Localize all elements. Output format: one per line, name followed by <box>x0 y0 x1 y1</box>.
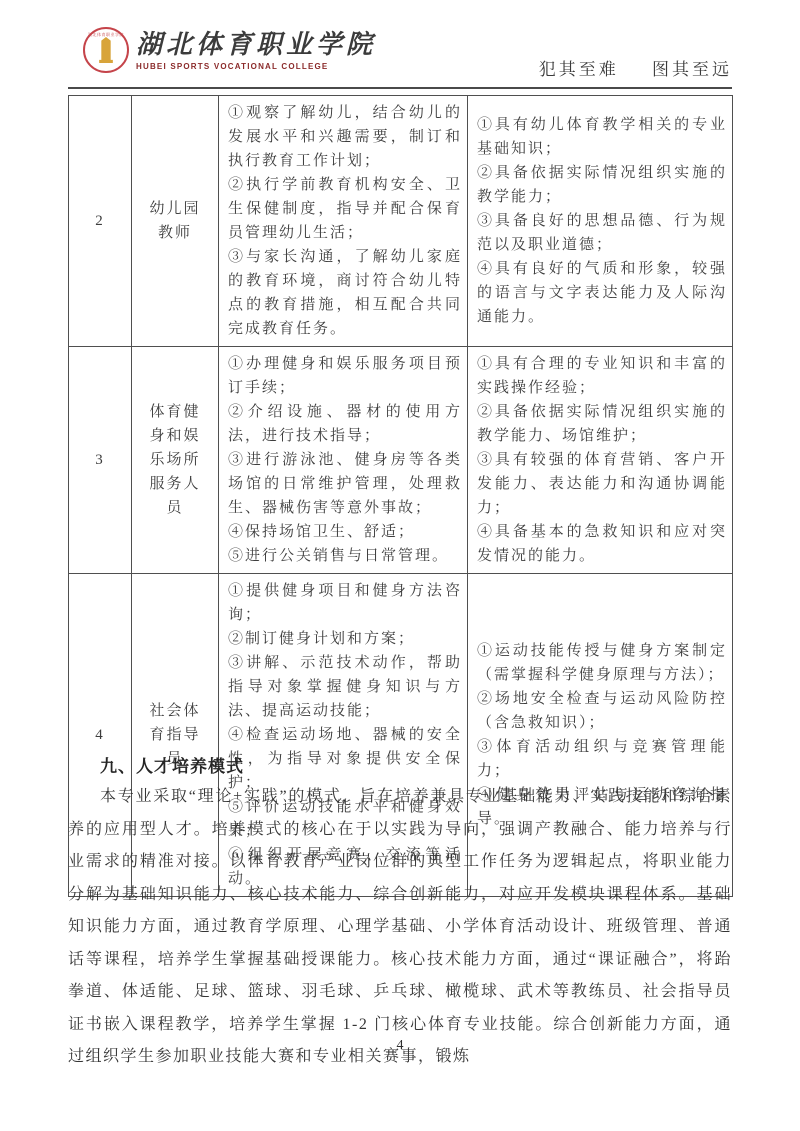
section-heading: 九、人才培养模式 <box>100 752 244 777</box>
task-item: ③讲解、示范技术动作，帮助指导对象掌握健身知识与方法、提高运动技能； <box>228 651 462 723</box>
ability-item: ①具有合理的专业知识和丰富的实践操作经验； <box>477 352 727 400</box>
ability-item: ①具有幼儿体育教学相关的专业基础知识； <box>477 113 727 161</box>
college-name-en: HUBEI SPORTS VOCATIONAL COLLEGE <box>136 62 396 71</box>
ability-item: ③具有较强的体育营销、客户开发能力、表达能力和沟通协调能力； <box>477 448 727 520</box>
task-item: ②制订健身计划和方案； <box>228 627 462 651</box>
task-item: ②执行学前教育机构安全、卫生保健制度，指导并配合保育员管理幼儿生活； <box>228 173 462 245</box>
body-paragraph: 本专业采取“理论+实践”的模式，旨在培养兼具专业基础能力、实践技能和综合素养的应… <box>68 781 732 1074</box>
ability-item: ②场地安全检查与运动风险防控（含急救知识）； <box>477 687 727 735</box>
header-divider <box>68 87 732 89</box>
task-item: ①提供健身项目和健身方法咨询； <box>228 579 462 627</box>
row-index: 2 <box>69 96 132 347</box>
college-motto: 犯其至难 图其至远 <box>539 55 732 80</box>
task-item: ①办理健身和娱乐服务项目预订手续； <box>228 352 462 400</box>
task-item: ⑤进行公关销售与日常管理。 <box>228 544 462 568</box>
table-row-kindergarten-teacher: 2 幼儿园教师 ①观察了解幼儿，结合幼儿的发展水平和兴趣需要，制订和执行教育工作… <box>69 96 733 347</box>
ability-item: ②具备依据实际情况组织实施的教学能力、场馆维护； <box>477 400 727 448</box>
row-role: 幼儿园教师 <box>132 96 219 347</box>
row-role: 体育健身和娱乐场所服务人员 <box>132 347 219 574</box>
row-tasks: ①观察了解幼儿，结合幼儿的发展水平和兴趣需要，制订和执行教育工作计划； ②执行学… <box>219 96 468 347</box>
ability-item: ④具备基本的急救知识和应对突发情况的能力。 <box>477 520 727 568</box>
task-item: ③进行游泳池、健身房等各类场馆的日常维护管理，处理救生、器械伤害等意外事故； <box>228 448 462 520</box>
row-tasks: ①办理健身和娱乐服务项目预订手续； ②介绍设施、器材的使用方法，进行技术指导； … <box>219 347 468 574</box>
motto-left: 犯其至难 <box>539 60 619 79</box>
task-item: ④保持场馆卫生、舒适； <box>228 520 462 544</box>
ability-item: ③体育活动组织与竞赛管理能力； <box>477 735 727 783</box>
table-row-fitness-venue-staff: 3 体育健身和娱乐场所服务人员 ①办理健身和娱乐服务项目预订手续； ②介绍设施、… <box>69 347 733 574</box>
motto-right: 图其至远 <box>652 60 732 79</box>
task-item: ③与家长沟通，了解幼儿家庭的教育环境，商讨符合幼儿特点的教育措施，相互配合共同完… <box>228 245 462 341</box>
task-item: ①观察了解幼儿，结合幼儿的发展水平和兴趣需要，制订和执行教育工作计划； <box>228 101 462 173</box>
row-index: 3 <box>69 347 132 574</box>
task-item: ②介绍设施、器材的使用方法，进行技术指导； <box>228 400 462 448</box>
page-number: 4 <box>0 1038 800 1054</box>
ability-item: ①运动技能传授与健身方案制定（需掌握科学健身原理与方法）； <box>477 639 727 687</box>
row-abilities: ①具有合理的专业知识和丰富的实践操作经验； ②具备依据实际情况组织实施的教学能力… <box>468 347 733 574</box>
college-name-block: 湖北体育职业学院 HUBEI SPORTS VOCATIONAL COLLEGE <box>136 30 396 71</box>
college-seal-logo: 湖北体育职业学院 <box>83 27 129 73</box>
ability-item: ②具备依据实际情况组织实施的教学能力； <box>477 161 727 209</box>
row-abilities: ①具有幼儿体育教学相关的专业基础知识； ②具备依据实际情况组织实施的教学能力； … <box>468 96 733 347</box>
document-page: 湖北体育职业学院 湖北体育职业学院 HUBEI SPORTS VOCATIONA… <box>0 0 800 1131</box>
ability-item: ④具有良好的气质和形象，较强的语言与文字表达能力及人际沟通能力。 <box>477 257 727 329</box>
ability-item: ③具备良好的思想品德、行为规范以及职业道德； <box>477 209 727 257</box>
college-name-zh: 湖北体育职业学院 <box>136 30 396 60</box>
seal-building-icon <box>97 37 115 63</box>
